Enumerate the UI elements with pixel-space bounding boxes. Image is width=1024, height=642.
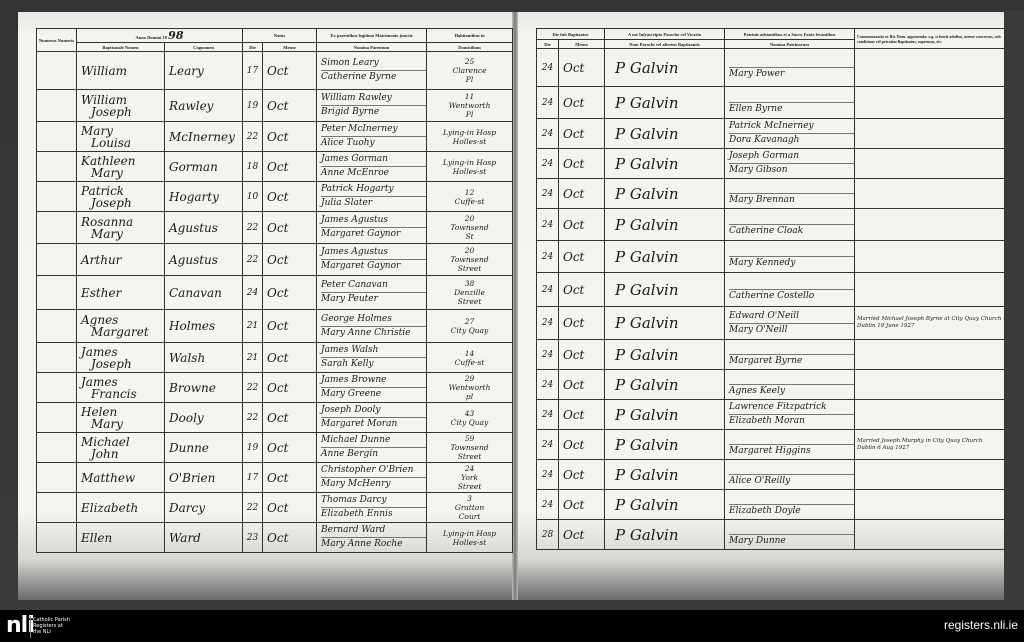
surname-cell: Holmes (165, 310, 243, 343)
baptismal-name-header: Baptismale Nomen (77, 43, 165, 52)
father-name: Patrick Hogarty (321, 183, 426, 197)
residence-line: Court (459, 512, 481, 521)
minister-cell: P Galvin (605, 209, 725, 241)
baptism-month-cell: Oct (559, 149, 605, 179)
register-entry-row: 24OctP Galvin Mary Brennan (537, 179, 1005, 209)
baptism-month-cell: Oct (559, 49, 605, 87)
birth-month-cell: Oct (263, 90, 317, 122)
mother-name: Mary McHenry (321, 478, 426, 491)
forename: Louisa (81, 137, 164, 149)
baptism-day-cell: 24 (537, 149, 559, 179)
residence-line: 43 (465, 409, 475, 418)
residence-cell: Lying-in HospHolles-st (427, 523, 513, 553)
baptism-month-cell: Oct (559, 430, 605, 460)
notes-cell (855, 340, 1005, 370)
register-entry-row: 24OctP Galvin Alice O'Reilly (537, 460, 1005, 490)
sponsors-cell: Mary Kennedy (725, 241, 855, 273)
residence-line: Street (458, 297, 482, 306)
forename: William (81, 94, 164, 106)
father-name: James Agustus (321, 246, 426, 260)
godmother-name: Dora Kavanagh (729, 134, 854, 147)
godfather-name (729, 461, 854, 475)
forename: Mary (81, 418, 164, 430)
notes-cell (855, 520, 1005, 550)
baptism-day-cell: 24 (537, 87, 559, 119)
residence-line: Wentworth (449, 101, 491, 110)
godmother-name: Elizabeth Moran (729, 415, 854, 428)
forename: William (81, 65, 164, 77)
minister-cell: P Galvin (605, 49, 725, 87)
parents-subheader: Nomina Parentum (317, 43, 427, 52)
sponsors-cell: Elizabeth Doyle (725, 490, 855, 520)
residence-cell: Lying-in HospHolles-st (427, 122, 513, 152)
godmother-name: Mary O'Neill (729, 324, 854, 337)
godfather-name: Patrick McInerney (729, 120, 854, 134)
minister-cell: P Galvin (605, 490, 725, 520)
residence-line: City Quay (451, 418, 488, 427)
birth-day-cell: 22 (243, 122, 263, 152)
parents-header: Ex parentibus legitimo Matrimonio juncti… (317, 29, 427, 43)
father-name: Michael Dunne (321, 434, 426, 448)
parents-cell: Michael DunneAnne Bergin (317, 433, 427, 463)
residence-cell: 29Wentworthpl (427, 373, 513, 403)
baptism-month-cell: Oct (559, 179, 605, 209)
die-header: Die (243, 43, 263, 52)
residence-cell: 11WentworthPl (427, 90, 513, 122)
sponsors-cell: Lawrence FitzpatrickElizabeth Moran (725, 400, 855, 430)
forename-cell: Esther (77, 276, 165, 310)
godmother-name: Mary Gibson (729, 164, 854, 177)
minister-cell: P Galvin (605, 149, 725, 179)
surname-cell: Agustus (165, 212, 243, 244)
mother-name: Elizabeth Ennis (321, 508, 426, 521)
mother-name: Margaret Gaynor (321, 228, 426, 241)
mother-name: Mary Anne Christie (321, 327, 426, 340)
register-entry-row: EstherCanavan24OctPeter CanavanMary Peut… (37, 276, 513, 310)
residence-line: Wentworth (449, 383, 491, 392)
birth-month-cell: Oct (263, 244, 317, 276)
birth-day-cell: 21 (243, 310, 263, 343)
residence-line: Grattan (455, 503, 484, 512)
father-name: James Walsh (321, 344, 426, 358)
baptism-die-header: Die (537, 40, 559, 49)
register-entry-row: 24OctP Galvin Catherine Costello (537, 273, 1005, 307)
godmother-name: Alice O'Reilly (729, 475, 854, 488)
parents-cell: Joseph DoolyMargaret Moran (317, 403, 427, 433)
forename: James (81, 346, 164, 358)
residence-cell: 24YorkStreet (427, 463, 513, 493)
column-number-header: Numerus Numeris (37, 29, 77, 52)
baptism-month-cell: Oct (559, 400, 605, 430)
forename: Mary (81, 228, 164, 240)
register-entry-row: 24OctP Galvin Agnes Keely (537, 370, 1005, 400)
residence-line: Townsend (450, 223, 488, 232)
forename-cell: WilliamJoseph (77, 90, 165, 122)
mother-name: Anne Bergin (321, 448, 426, 461)
sponsors-cell: Mary Dunne (725, 520, 855, 550)
sponsors-cell: Alice O'Reilly (725, 460, 855, 490)
mother-name: Alice Tuohy (321, 137, 426, 150)
birth-day-cell: 10 (243, 182, 263, 212)
register-entry-row: WilliamJosephRawley19OctWilliam RawleyBr… (37, 90, 513, 122)
birth-month-cell: Oct (263, 493, 317, 523)
godmother-name: Margaret Byrne (729, 355, 854, 368)
mother-name: Anne McEnroe (321, 167, 426, 180)
father-name: Simon Leary (321, 57, 426, 71)
surname-cell: Ward (165, 523, 243, 553)
cognomen-header: Cognomen (165, 43, 243, 52)
sponsors-cell: Catherine Cloak (725, 209, 855, 241)
entry-number (37, 523, 77, 553)
surname-cell: Canavan (165, 276, 243, 310)
mother-name: Mary Peuter (321, 293, 426, 306)
baptism-day-cell: 24 (537, 490, 559, 520)
register-entry-row: 24OctP Galvin Elizabeth Doyle (537, 490, 1005, 520)
birth-day-cell: 19 (243, 433, 263, 463)
residence-cell: 14Cuffe-st (427, 343, 513, 373)
sponsors-cell: Joseph GormanMary Gibson (725, 149, 855, 179)
baptism-month-cell: Oct (559, 209, 605, 241)
father-name: James Agustus (321, 214, 426, 228)
parents-cell: William RawleyBrigid Byrne (317, 90, 427, 122)
notes-cell (855, 49, 1005, 87)
entry-number (37, 212, 77, 244)
notes-cell: Married Joseph Murphy in City Quay Churc… (855, 430, 1005, 460)
parents-cell: James AgustusMargaret Gaynor (317, 212, 427, 244)
register-entry-row: PatrickJosephHogarty10OctPatrick Hogarty… (37, 182, 513, 212)
parents-cell: Peter McInerneyAlice Tuohy (317, 122, 427, 152)
sponsors-cell: Catherine Costello (725, 273, 855, 307)
residence-line: Denzille (454, 288, 485, 297)
minister-cell: P Galvin (605, 241, 725, 273)
baptism-month-cell: Oct (559, 307, 605, 340)
birth-month-cell: Oct (263, 52, 317, 90)
residence-line: Holles-st (453, 538, 487, 547)
register-entry-row: 24OctP GalvinEdward O'NeillMary O'NeillM… (537, 307, 1005, 340)
residence-line: 25 (465, 57, 475, 66)
minister-cell: P Galvin (605, 400, 725, 430)
birth-month-cell: Oct (263, 433, 317, 463)
baptism-day-cell: 24 (537, 307, 559, 340)
notes-cell (855, 241, 1005, 273)
godfather-name (729, 521, 854, 535)
baptism-month-cell: Oct (559, 490, 605, 520)
entry-number (37, 182, 77, 212)
entry-number (37, 276, 77, 310)
registers-url-link[interactable]: registers.nli.ie (944, 618, 1018, 632)
residence-line: 11 (465, 92, 475, 101)
register-entry-row: EllenWard23OctBernard WardMary Anne Roch… (37, 523, 513, 553)
minister-cell: P Galvin (605, 179, 725, 209)
baptism-day-cell: 24 (537, 430, 559, 460)
parents-cell: Patrick HogartyJulia Slater (317, 182, 427, 212)
logo-divider (30, 616, 31, 638)
residence-line: 24 (465, 464, 475, 473)
residence-line: Lying-in Hosp (443, 158, 496, 167)
baptism-month-cell: Oct (559, 340, 605, 370)
surname-cell: Rawley (165, 90, 243, 122)
minister-cell: P Galvin (605, 273, 725, 307)
residence-cell: 25ClarencePl (427, 52, 513, 90)
forename-cell: MaryLouisa (77, 122, 165, 152)
notes-cell (855, 400, 1005, 430)
birth-day-cell: 21 (243, 343, 263, 373)
birth-day-cell: 22 (243, 403, 263, 433)
surname-cell: Agustus (165, 244, 243, 276)
register-entry-row: HelenMaryDooly22OctJoseph DoolyMargaret … (37, 403, 513, 433)
mother-name: Julia Slater (321, 197, 426, 210)
birth-month-cell: Oct (263, 523, 317, 553)
register-entry-row: 24OctP Galvin Mary Power (537, 49, 1005, 87)
register-entry-row: MatthewO'Brien17OctChristopher O'BrienMa… (37, 463, 513, 493)
godfather-name (729, 431, 854, 445)
godmother-name: Mary Dunne (729, 535, 854, 548)
minister-cell: P Galvin (605, 87, 725, 119)
notes-cell (855, 370, 1005, 400)
forename: Patrick (81, 185, 164, 197)
minister-cell: P Galvin (605, 340, 725, 370)
residence-line: 20 (465, 246, 475, 255)
birth-day-cell: 22 (243, 373, 263, 403)
mother-name: Sarah Kelly (321, 358, 426, 371)
notes-cell (855, 460, 1005, 490)
register-entry-row: ArthurAgustus22OctJames AgustusMargaret … (37, 244, 513, 276)
residence-line: Street (458, 264, 482, 273)
godfather-name (729, 54, 854, 68)
godfather-name (729, 89, 854, 103)
forename: Kathleen (81, 155, 164, 167)
residence-line: Pl (466, 75, 473, 84)
birth-month-cell: Oct (263, 463, 317, 493)
baptism-day-cell: 24 (537, 273, 559, 307)
forename: Joseph (81, 358, 164, 370)
forename-cell: Ellen (77, 523, 165, 553)
birth-day-cell: 22 (243, 493, 263, 523)
register-entry-row: 24OctP GalvinLawrence FitzpatrickElizabe… (537, 400, 1005, 430)
sponsors-cell: Margaret Higgins (725, 430, 855, 460)
register-entry-row: MaryLouisaMcInerney22OctPeter McInerneyA… (37, 122, 513, 152)
godmother-name: Mary Kennedy (729, 257, 854, 270)
godmother-name: Mary Brennan (729, 194, 854, 207)
natus-header: Natus (243, 29, 317, 43)
notes-cell (855, 87, 1005, 119)
entry-number (37, 90, 77, 122)
forename: John (81, 448, 164, 460)
baptism-month-cell: Oct (559, 460, 605, 490)
birth-day-cell: 18 (243, 152, 263, 182)
register-entry-row: RosannaMaryAgustus22OctJames AgustusMarg… (37, 212, 513, 244)
residence-line: 20 (465, 214, 475, 223)
residence-line: Street (458, 482, 482, 491)
entry-number (37, 52, 77, 90)
godmother-name: Catherine Cloak (729, 225, 854, 238)
baptism-register-right-table: Die fuit Baptizatus A me Infrascripto Pa… (536, 28, 1005, 550)
forename-cell: PatrickJoseph (77, 182, 165, 212)
birth-month-cell: Oct (263, 276, 317, 310)
minister-cell: P Galvin (605, 119, 725, 149)
forename: James (81, 376, 164, 388)
baptism-month-cell: Oct (559, 370, 605, 400)
residence-line: 14 (465, 349, 475, 358)
forename-cell: AgnesMargaret (77, 310, 165, 343)
father-name: James Browne (321, 374, 426, 388)
parents-cell: James WalshSarah Kelly (317, 343, 427, 373)
notes-cell: Married Michael Joseph Byrne at City Qua… (855, 307, 1005, 340)
father-name: Joseph Dooly (321, 404, 426, 418)
forename-cell: JamesJoseph (77, 343, 165, 373)
parents-cell: James BrowneMary Greene (317, 373, 427, 403)
baptism-month-cell: Oct (559, 273, 605, 307)
notes-cell (855, 149, 1005, 179)
register-entry-row: 28OctP Galvin Mary Dunne (537, 520, 1005, 550)
baptism-day-cell: 24 (537, 209, 559, 241)
birth-day-cell: 23 (243, 523, 263, 553)
residence-cell: 20TownsendSt (427, 212, 513, 244)
forename-cell: JamesFrancis (77, 373, 165, 403)
entry-number (37, 122, 77, 152)
forename-cell: KathleenMary (77, 152, 165, 182)
residence-line: Holles-st (453, 167, 487, 176)
year-value: 98 (168, 29, 183, 42)
residence-line: 29 (465, 374, 475, 383)
sponsors-cell: Mary Brennan (725, 179, 855, 209)
mother-name: Mary Anne Roche (321, 538, 426, 551)
residence-line: York (461, 473, 478, 482)
forename-cell: William (77, 52, 165, 90)
residence-line: Lying-in Hosp (443, 529, 496, 538)
register-entry-row: MichaelJohnDunne19OctMichael DunneAnne B… (37, 433, 513, 463)
minister-header: A me Infrascripto Parocho vel Vicario (605, 29, 725, 40)
register-entry-row: 24OctP Galvin Margaret Byrne (537, 340, 1005, 370)
residence-line: pl (466, 392, 473, 401)
mother-name: Catherine Byrne (321, 71, 426, 84)
forename: Francis (81, 388, 164, 400)
parents-cell: Bernard WardMary Anne Roche (317, 523, 427, 553)
forename: Michael (81, 436, 164, 448)
register-entry-row: 24OctP Galvin Mary Kennedy (537, 241, 1005, 273)
parents-cell: Peter CanavanMary Peuter (317, 276, 427, 310)
mother-name: Margaret Gaynor (321, 260, 426, 273)
residence-cell: 20TownsendStreet (427, 244, 513, 276)
godmother-name: Elizabeth Doyle (729, 505, 854, 518)
forename-cell: Arthur (77, 244, 165, 276)
godfather-name (729, 243, 854, 257)
sponsors-cell: Agnes Keely (725, 370, 855, 400)
godmother-name: Agnes Keely (729, 385, 854, 398)
parents-cell: Christopher O'BrienMary McHenry (317, 463, 427, 493)
sponsors-cell: Mary Power (725, 49, 855, 87)
baptism-month-cell: Oct (559, 87, 605, 119)
birth-month-cell: Oct (263, 343, 317, 373)
mother-name: Mary Greene (321, 388, 426, 401)
residence-line: City Quay (451, 326, 488, 335)
residence-cell: 43City Quay (427, 403, 513, 433)
entry-number (37, 463, 77, 493)
sponsors-subheader: Nomina Patrinorum (725, 40, 855, 49)
residence-cell: 59TownsendStreet (427, 433, 513, 463)
register-entry-row: AgnesMargaretHolmes21OctGeorge HolmesMar… (37, 310, 513, 343)
baptism-month-cell: Oct (559, 520, 605, 550)
entry-number (37, 310, 77, 343)
residence-cell: 27City Quay (427, 310, 513, 343)
scan-edge (1004, 10, 1024, 610)
residence-line: Clarence (452, 66, 486, 75)
godfather-name (729, 211, 854, 225)
entry-number (37, 373, 77, 403)
sponsors-header: Patrinis adstantibus et a Sacro Fonte le… (725, 29, 855, 40)
baptism-day-cell: 28 (537, 520, 559, 550)
residence-line: 59 (465, 434, 475, 443)
godfather-name (729, 491, 854, 505)
baptism-register-left-table: Numerus Numeris Anno Domini 19 98 Natus … (36, 28, 513, 553)
forename: Mary (81, 167, 164, 179)
baptism-date-header: Die fuit Baptizatus (537, 29, 605, 40)
surname-cell: Gorman (165, 152, 243, 182)
residence-line: St (465, 232, 473, 241)
parents-cell: George HolmesMary Anne Christie (317, 310, 427, 343)
residence-line: Lying-in Hosp (443, 128, 496, 137)
forename: Esther (81, 287, 164, 299)
surname-cell: Browne (165, 373, 243, 403)
forename-cell: Matthew (77, 463, 165, 493)
register-entry-row: 24OctP Galvin Catherine Cloak (537, 209, 1005, 241)
minister-cell: P Galvin (605, 520, 725, 550)
father-name: Peter Canavan (321, 279, 426, 293)
baptism-day-cell: 24 (537, 49, 559, 87)
forename: Margaret (81, 326, 164, 338)
surname-cell: O'Brien (165, 463, 243, 493)
forename: Ellen (81, 532, 164, 544)
anno-domini-header: Anno Domini 19 98 (77, 29, 243, 43)
residence-cell: 12Cuffe-st (427, 182, 513, 212)
forename: Helen (81, 406, 164, 418)
baptism-mense-header: Mense (559, 40, 605, 49)
baptism-day-cell: 24 (537, 119, 559, 149)
entry-number (37, 244, 77, 276)
surname-cell: McInerney (165, 122, 243, 152)
register-entry-row: 24OctP GalvinPatrick McInerneyDora Kavan… (537, 119, 1005, 149)
surname-cell: Dunne (165, 433, 243, 463)
register-entry-row: JamesJosephWalsh21OctJames WalshSarah Ke… (37, 343, 513, 373)
notes-cell (855, 119, 1005, 149)
birth-month-cell: Oct (263, 310, 317, 343)
entry-number (37, 493, 77, 523)
forename-cell: HelenMary (77, 403, 165, 433)
birth-month-cell: Oct (263, 403, 317, 433)
father-name: Christopher O'Brien (321, 464, 426, 478)
minister-cell: P Galvin (605, 370, 725, 400)
register-entry-row: KathleenMaryGorman18OctJames GormanAnne … (37, 152, 513, 182)
residence-line: Holles-st (453, 137, 487, 146)
register-entry-row: WilliamLeary17OctSimon LearyCatherine By… (37, 52, 513, 90)
baptism-day-cell: 24 (537, 179, 559, 209)
residence-line: Townsend (450, 255, 488, 264)
parents-cell: Thomas DarcyElizabeth Ennis (317, 493, 427, 523)
godfather-name: Edward O'Neill (729, 310, 854, 324)
entry-number (37, 433, 77, 463)
mother-name: Brigid Byrne (321, 106, 426, 119)
residence-line: Pl (466, 110, 473, 119)
residence-cell: Lying-in HospHolles-st (427, 152, 513, 182)
baptism-day-cell: 24 (537, 370, 559, 400)
parents-cell: James AgustusMargaret Gaynor (317, 244, 427, 276)
sponsors-cell: Edward O'NeillMary O'Neill (725, 307, 855, 340)
sponsors-cell: Margaret Byrne (725, 340, 855, 370)
notes-cell (855, 273, 1005, 307)
birth-month-cell: Oct (263, 152, 317, 182)
residence-cell: 38DenzilleStreet (427, 276, 513, 310)
forename: Mary (81, 125, 164, 137)
